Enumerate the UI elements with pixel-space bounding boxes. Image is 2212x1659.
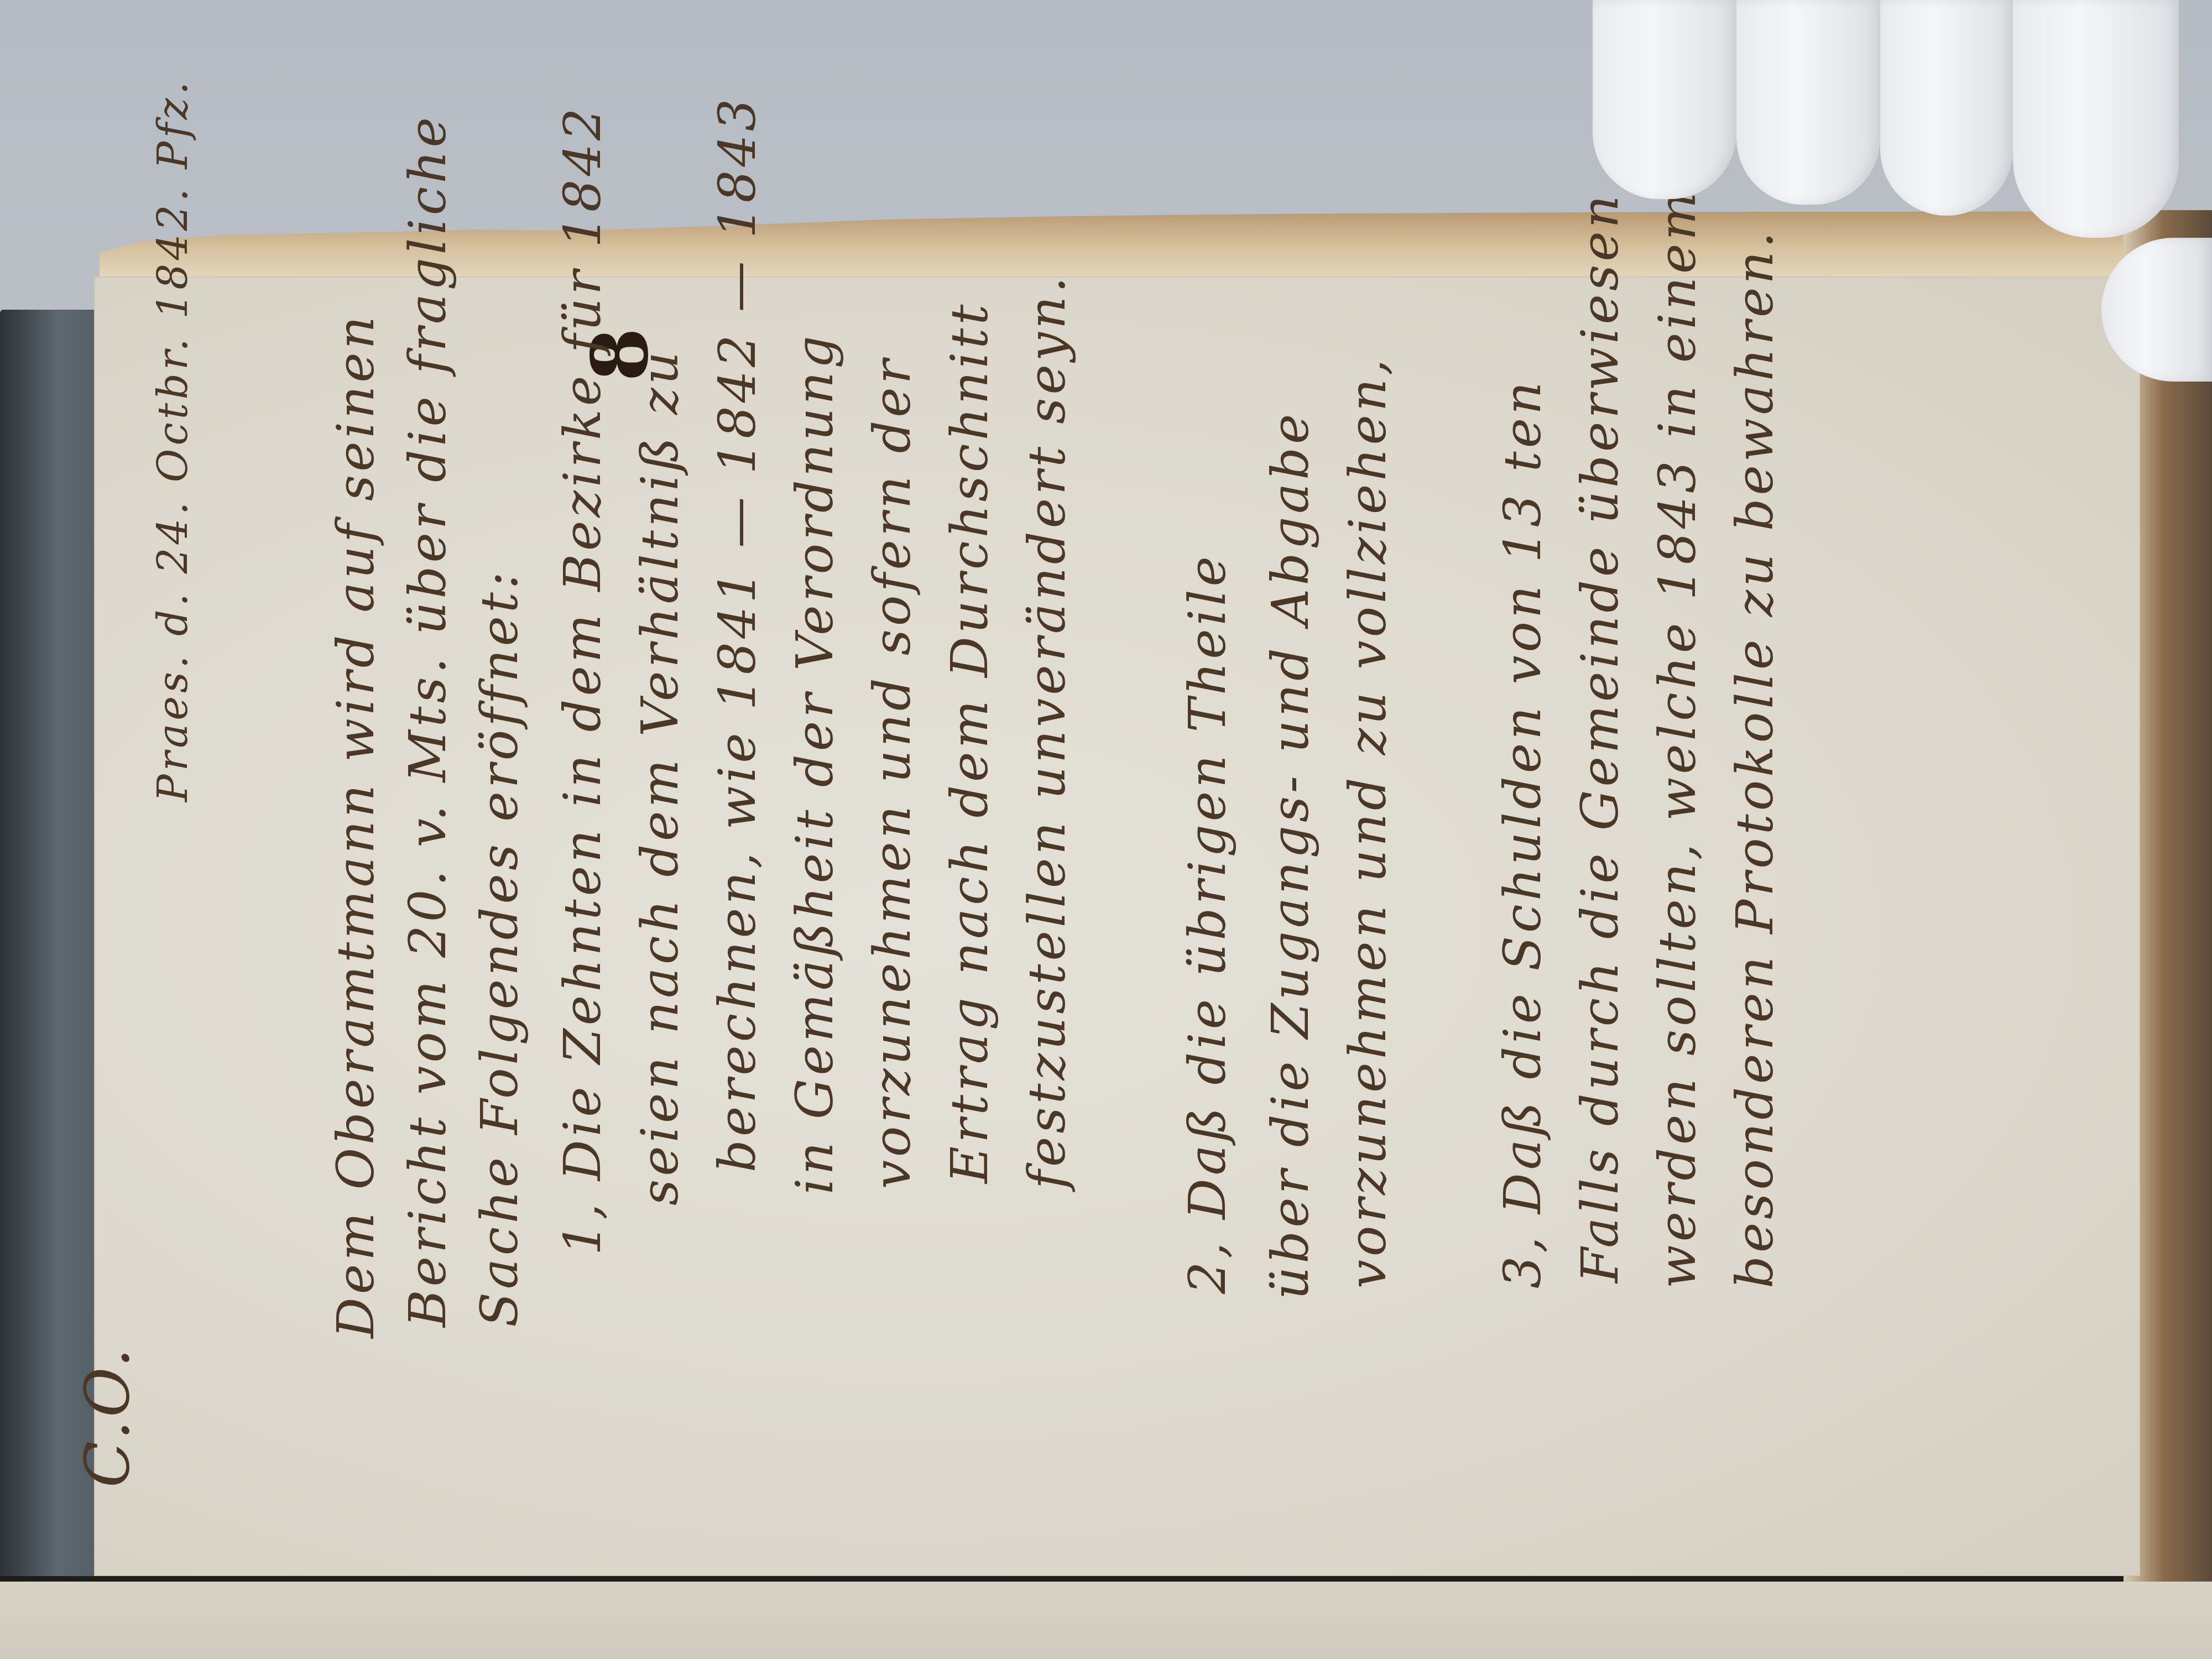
- manuscript-line: 2, Daß die übrigen Theile: [1178, 553, 1237, 1294]
- manuscript-line: festzustellen unverändert seyn.: [1018, 274, 1077, 1189]
- gloved-finger: [1880, 0, 2013, 216]
- manuscript-line: Dem Oberamtmann wird auf seinen: [326, 313, 385, 1338]
- gloved-finger: [2013, 0, 2179, 238]
- manuscript-line: Bericht vom 20. v. Mts. über die fraglic…: [398, 114, 457, 1327]
- manuscript-line: seien nach dem Verhältniß zu: [630, 348, 690, 1206]
- manuscript-line: Sache Folgendes eröffnet:: [470, 568, 529, 1327]
- manuscript-line: berechnen, wie 1841 — 1842 — 1843: [708, 96, 767, 1172]
- manuscript-line: 3, Daß die Schulden von 13 ten: [1493, 379, 1552, 1289]
- manuscript-line: Ertrag nach dem Durchschnitt: [940, 301, 999, 1183]
- manuscript-line: 1, Die Zehnten in dem Bezirke für 1842: [553, 105, 612, 1255]
- manuscript-line: vorzunehmen und zu vollziehen,: [1338, 356, 1397, 1288]
- manuscript-line: werden sollten, welche 1843 in einem: [1648, 189, 1707, 1288]
- manuscript-line: Falls durch die Gemeinde überwiesen: [1571, 192, 1630, 1283]
- corner-mark: C.O.: [72, 1345, 143, 1488]
- next-page-edge: [0, 1582, 2212, 1659]
- gloved-finger: [1593, 0, 1736, 199]
- manuscript-line: vorzunehmen und sofern der: [863, 356, 922, 1189]
- gloved-finger: [1736, 0, 1880, 205]
- manuscript-line: über die Zugangs- und Abgabe: [1261, 411, 1320, 1300]
- manuscript-line: in Gemäßheit der Verordnung: [785, 332, 844, 1194]
- header-note: Praes. d. 24. Octbr. 1842. Pfz.: [149, 79, 197, 802]
- manuscript-line: besonderen Protokolle zu bewahren.: [1725, 228, 1785, 1288]
